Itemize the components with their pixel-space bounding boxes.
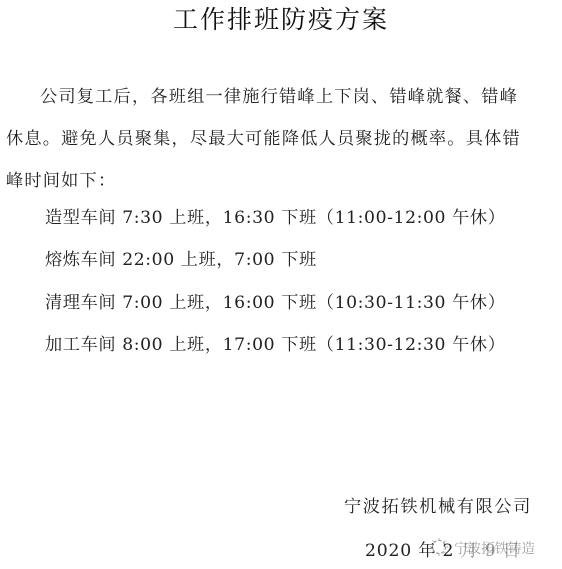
wechat-official-account-icon	[428, 536, 450, 558]
signature-company: 宁波拓铁机械有限公司	[344, 492, 532, 517]
watermark-text: 宁波拓铁铸造	[452, 537, 537, 557]
shift-schedule-list: 造型车间 7:30 上班，16:30 下班（11:00-12:00 午休） 熔炼…	[45, 197, 506, 366]
schedule-row-smelting: 熔炼车间 22:00 上班，7:00 下班	[45, 239, 506, 281]
intro-paragraph: 公司复工后，各班组一律施行错峰上下岗、错峰就餐、错峰 休息。避免人员聚集，尽最大…	[6, 76, 558, 202]
paragraph-line-3: 峰时间如下：	[6, 160, 558, 202]
schedule-row-molding: 造型车间 7:30 上班，16:30 下班（11:00-12:00 午休）	[45, 197, 506, 239]
schedule-row-machining: 加工车间 8:00 上班，17:00 下班（11:30-12:30 午休）	[45, 324, 506, 366]
paragraph-line-2: 休息。避免人员聚集，尽最大可能降低人员聚拢的概率。具体错	[6, 118, 558, 160]
schedule-row-cleaning: 清理车间 7:00 上班，16:00 下班（10:30-11:30 午休）	[45, 282, 506, 324]
paragraph-line-1: 公司复工后，各班组一律施行错峰上下岗、错峰就餐、错峰	[6, 76, 558, 118]
paragraph-line-1-text: 公司复工后，各班组一律施行错峰上下岗、错峰就餐、错峰	[40, 87, 518, 107]
document-title: 工作排班防疫方案	[0, 3, 562, 37]
watermark: 宁波拓铁铸造	[428, 536, 537, 558]
